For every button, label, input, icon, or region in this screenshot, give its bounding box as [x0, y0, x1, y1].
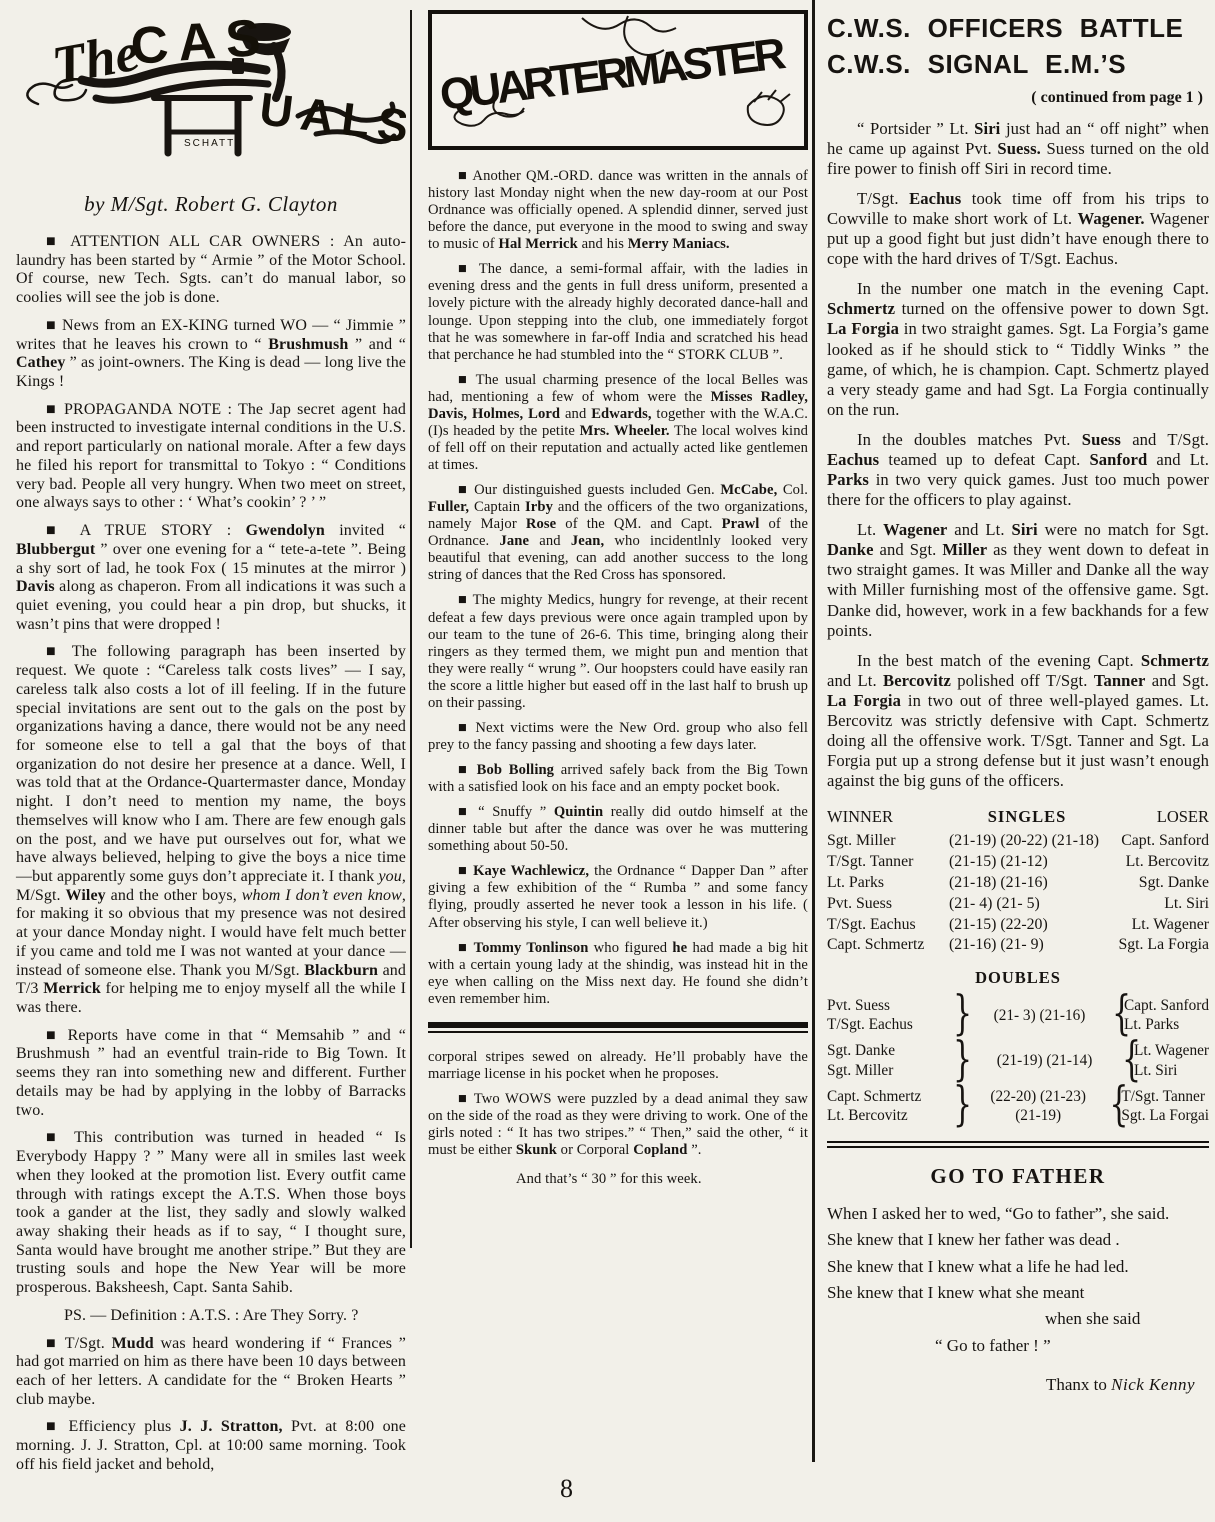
casuals-paragraph-9: ■ T/Sgt. Mudd was heard wondering if “ F… [16, 1335, 406, 1410]
winner-name: T/Sgt. Eachus [827, 1016, 913, 1033]
score-line: (21-19) (21-14) [997, 1052, 1093, 1069]
masthead-word-cas: CAS [129, 8, 273, 76]
poem-line-indented: when she said [827, 1306, 1209, 1332]
loser-name: Lt. Siri [1164, 894, 1209, 915]
cws-paragraph-1: “ Portsider ” Lt. Siri just had an “ off… [827, 119, 1209, 179]
open-brace-glyph: { [1112, 992, 1124, 1039]
casuals-paragraph-5: ■ The following paragraph has been inser… [16, 643, 406, 1017]
score-line: (21- 3) (21-16) [994, 1007, 1086, 1024]
column-casuals: The CAS UALS SCHATT by M/Sgt. Robert G. … [16, 6, 406, 1484]
loser-column-header: LOSER [1099, 807, 1209, 827]
poem-line: She knew that I knew what she meant [827, 1280, 1209, 1306]
loser-name: Sgt. La Forgai [1121, 1107, 1209, 1124]
poem-line: She knew that I knew what a life he had … [827, 1254, 1209, 1280]
doubles-title: DOUBLES [827, 968, 1209, 988]
qm-closing-line: And that’s “ 30 ” for this week. [428, 1171, 808, 1188]
close-brace-glyph: } [953, 1037, 967, 1084]
doubles-row: Capt. Schmertz Lt. Bercovitz } (22-20) (… [827, 1087, 1209, 1125]
match-scores: (21-15) (22-20) [949, 915, 1132, 936]
article-headline: C.W.S. OFFICERS BATTLE C.W.S. SIGNAL E.M… [827, 10, 1209, 83]
loser-name: Lt. Bercovitz [1126, 852, 1209, 873]
qm-paragraph-3: ■ The usual charming presence of the loc… [428, 372, 808, 474]
quartermaster-masthead-box: QUARTERMASTER [428, 10, 808, 150]
open-brace-glyph: { [1122, 1037, 1134, 1084]
column-cws: C.W.S. OFFICERS BATTLE C.W.S. SIGNAL E.M… [827, 8, 1209, 1395]
winner-column-header: WINNER [827, 807, 955, 827]
winner-pair: Sgt. Danke Sgt. Miller [827, 1041, 953, 1079]
winner-pair: Capt. Schmertz Lt. Bercovitz [827, 1087, 953, 1125]
singles-row: Capt. Schmertz (21-16) (21- 9) Sgt. La F… [827, 935, 1209, 956]
qm-paragraph-6: ■ Next victims were the New Ord. group w… [428, 720, 808, 754]
loser-name: Sgt. Danke [1139, 873, 1209, 894]
qm-paragraph-5: ■ The mighty Medics, hungry for revenge,… [428, 592, 808, 711]
qm-paragraph-2: ■ The dance, a semi-formal affair, with … [428, 261, 808, 363]
qm-paragraph-9: ■ Kaye Wachlewicz, the Ordnance “ Dapper… [428, 863, 808, 931]
winner-name: Lt. Parks [827, 873, 949, 894]
winner-name: T/Sgt. Eachus [827, 915, 949, 936]
poem-title: GO TO FATHER [827, 1164, 1209, 1189]
page-number: 8 [560, 1474, 573, 1504]
close-brace-glyph: } [953, 992, 967, 1039]
winner-name: T/Sgt. Tanner [827, 852, 949, 873]
qm-continued-paragraph-2: ■ Two WOWS were puzzled by a dead animal… [428, 1091, 808, 1159]
column-divider-right [812, 0, 815, 1462]
match-scores: (21-15) (21-12) [949, 852, 1126, 873]
credit-prefix: Thanx to [1046, 1375, 1111, 1394]
column-quartermaster: QUARTERMASTER ■ Another QM.-ORD. dance w… [428, 6, 808, 1196]
cws-paragraph-3: In the number one match in the evening C… [827, 279, 1209, 420]
laundry-bundle [582, 18, 676, 32]
loser-name: Lt. Wagener [1134, 1042, 1209, 1059]
casuals-cartoon: The CAS UALS SCHATT [16, 6, 406, 178]
section-separator-rule [428, 1022, 808, 1033]
winner-name: Capt. Schmertz [827, 935, 949, 956]
singles-row: Pvt. Suess (21- 4) (21- 5) Lt. Siri [827, 894, 1209, 915]
loser-name: Lt. Parks [1124, 1016, 1179, 1033]
casuals-paragraph-6: ■ Reports have come in that “ Memsahib ”… [16, 1027, 406, 1121]
casuals-paragraph-4: ■ A TRUE STORY : Gwendolyn invited “ Blu… [16, 522, 406, 634]
loser-pair: Lt. Wagener Lt. Siri [1134, 1041, 1209, 1079]
winner-name: Pvt. Suess [827, 997, 890, 1014]
singles-row: Sgt. Miller (21-19) (20-22) (21-18) Capt… [827, 831, 1209, 852]
loser-name: T/Sgt. Tanner [1121, 1088, 1205, 1105]
qm-continued-paragraph-1: corporal stripes sewed on already. He’ll… [428, 1049, 808, 1083]
match-scores: (21-19) (21-14) [967, 1051, 1122, 1070]
qm-paragraph-10: ■ Tommy Tonlinson who figured he had mad… [428, 940, 808, 1008]
byline: by M/Sgt. Robert G. Clayton [16, 192, 406, 217]
match-scores: (21- 3) (21-16) [967, 1006, 1112, 1025]
cws-paragraph-4: In the doubles matches Pvt. Suess and T/… [827, 430, 1209, 510]
singles-row: T/Sgt. Tanner (21-15) (21-12) Lt. Bercov… [827, 852, 1209, 873]
glove-doodle [748, 96, 784, 125]
casuals-paragraph-7: ■ This contribution was turned in headed… [16, 1129, 406, 1297]
singles-row: Lt. Parks (21-18) (21-16) Sgt. Danke [827, 873, 1209, 894]
headline-line-2: C.W.S. SIGNAL E.M.’S [827, 46, 1209, 82]
masthead-word-uals: UALS [257, 82, 406, 153]
loser-pair: Capt. Sanford Lt. Parks [1124, 996, 1209, 1034]
casuals-paragraph-1: ■ ATTENTION ALL CAR OWNERS : An auto-lau… [16, 233, 406, 308]
qm-paragraph-1: ■ Another QM.-ORD. dance was written in … [428, 168, 808, 253]
winner-pair: Pvt. Suess T/Sgt. Eachus [827, 996, 953, 1034]
glove-fingers [754, 90, 790, 102]
newspaper-page: The CAS UALS SCHATT by M/Sgt. Robert G. … [0, 0, 1215, 1522]
score-line: (21-19) [1015, 1107, 1061, 1124]
winner-name: Sgt. Danke [827, 1042, 895, 1059]
loser-name: Capt. Sanford [1124, 997, 1209, 1014]
casuals-ps-line: PS. — Definition : A.T.S. : Are They Sor… [16, 1307, 406, 1326]
winner-name: Sgt. Miller [827, 1062, 893, 1079]
continued-from-note: ( continued from page 1 ) [827, 89, 1203, 107]
poem-line: When I asked her to wed, “Go to father”,… [827, 1201, 1209, 1227]
winner-name: Sgt. Miller [827, 831, 949, 852]
match-scores: (21- 4) (21- 5) [949, 894, 1164, 915]
cws-paragraph-2: T/Sgt. Eachus took time off from his tri… [827, 189, 1209, 269]
loser-name: Lt. Wagener [1132, 915, 1209, 936]
loser-name: Capt. Sanford [1121, 831, 1209, 852]
close-brace-glyph: } [953, 1083, 967, 1130]
column-divider-left [410, 10, 412, 1248]
poem-line-indented: “ Go to father ! ” [827, 1333, 1209, 1359]
masthead-title: QUARTERMASTER [437, 29, 788, 120]
headline-line-1: C.W.S. OFFICERS BATTLE [827, 10, 1209, 46]
credit-author: Nick Kenny [1111, 1375, 1195, 1394]
doubles-row: Pvt. Suess T/Sgt. Eachus } (21- 3) (21-1… [827, 996, 1209, 1034]
casuals-paragraph-10: ■ Efficiency plus J. J. Stratton, Pvt. a… [16, 1418, 406, 1474]
match-scores: (21-18) (21-16) [949, 873, 1139, 894]
match-scores: (21-19) (20-22) (21-18) [949, 831, 1121, 852]
open-brace-glyph: { [1109, 1083, 1121, 1130]
doubles-row: Sgt. Danke Sgt. Miller } (21-19) (21-14)… [827, 1041, 1209, 1079]
singles-table-header: WINNER SINGLES LOSER [827, 807, 1209, 827]
loser-name: Sgt. La Forgia [1118, 935, 1209, 956]
singles-title: SINGLES [955, 807, 1099, 827]
qm-paragraph-8: ■ “ Snuffy ” Quintin really did outdo hi… [428, 804, 808, 855]
casuals-paragraph-2: ■ News from an EX-KING turned WO — “ Jim… [16, 317, 406, 392]
loser-pair: T/Sgt. Tanner Sgt. La Forgai [1121, 1087, 1209, 1125]
winner-name: Pvt. Suess [827, 894, 949, 915]
score-line: (22-20) (21-23) [990, 1088, 1086, 1105]
casuals-paragraph-3: ■ PROPAGANDA NOTE : The Jap secret agent… [16, 401, 406, 513]
qm-paragraph-7: ■ Bob Bolling arrived safely back from t… [428, 762, 808, 796]
winner-name: Lt. Bercovitz [827, 1107, 908, 1124]
singles-row: T/Sgt. Eachus (21-15) (22-20) Lt. Wagene… [827, 915, 1209, 936]
winner-name: Capt. Schmertz [827, 1088, 921, 1105]
poem-separator-rule [827, 1141, 1209, 1148]
match-scores: (22-20) (21-23) (21-19) [967, 1087, 1109, 1125]
match-scores: (21-16) (21- 9) [949, 935, 1118, 956]
qm-paragraph-4: ■ Our distinguished guests included Gen.… [428, 482, 808, 584]
cws-paragraph-6: In the best match of the evening Capt. S… [827, 651, 1209, 792]
quartermaster-cartoon: QUARTERMASTER [432, 14, 804, 138]
cartoonist-signature: SCHATT [184, 138, 235, 149]
poem-line: She knew that I knew her father was dead… [827, 1227, 1209, 1253]
cws-paragraph-5: Lt. Wagener and Lt. Siri were no match f… [827, 520, 1209, 640]
poem-credit: Thanx to Nick Kenny [827, 1375, 1209, 1395]
